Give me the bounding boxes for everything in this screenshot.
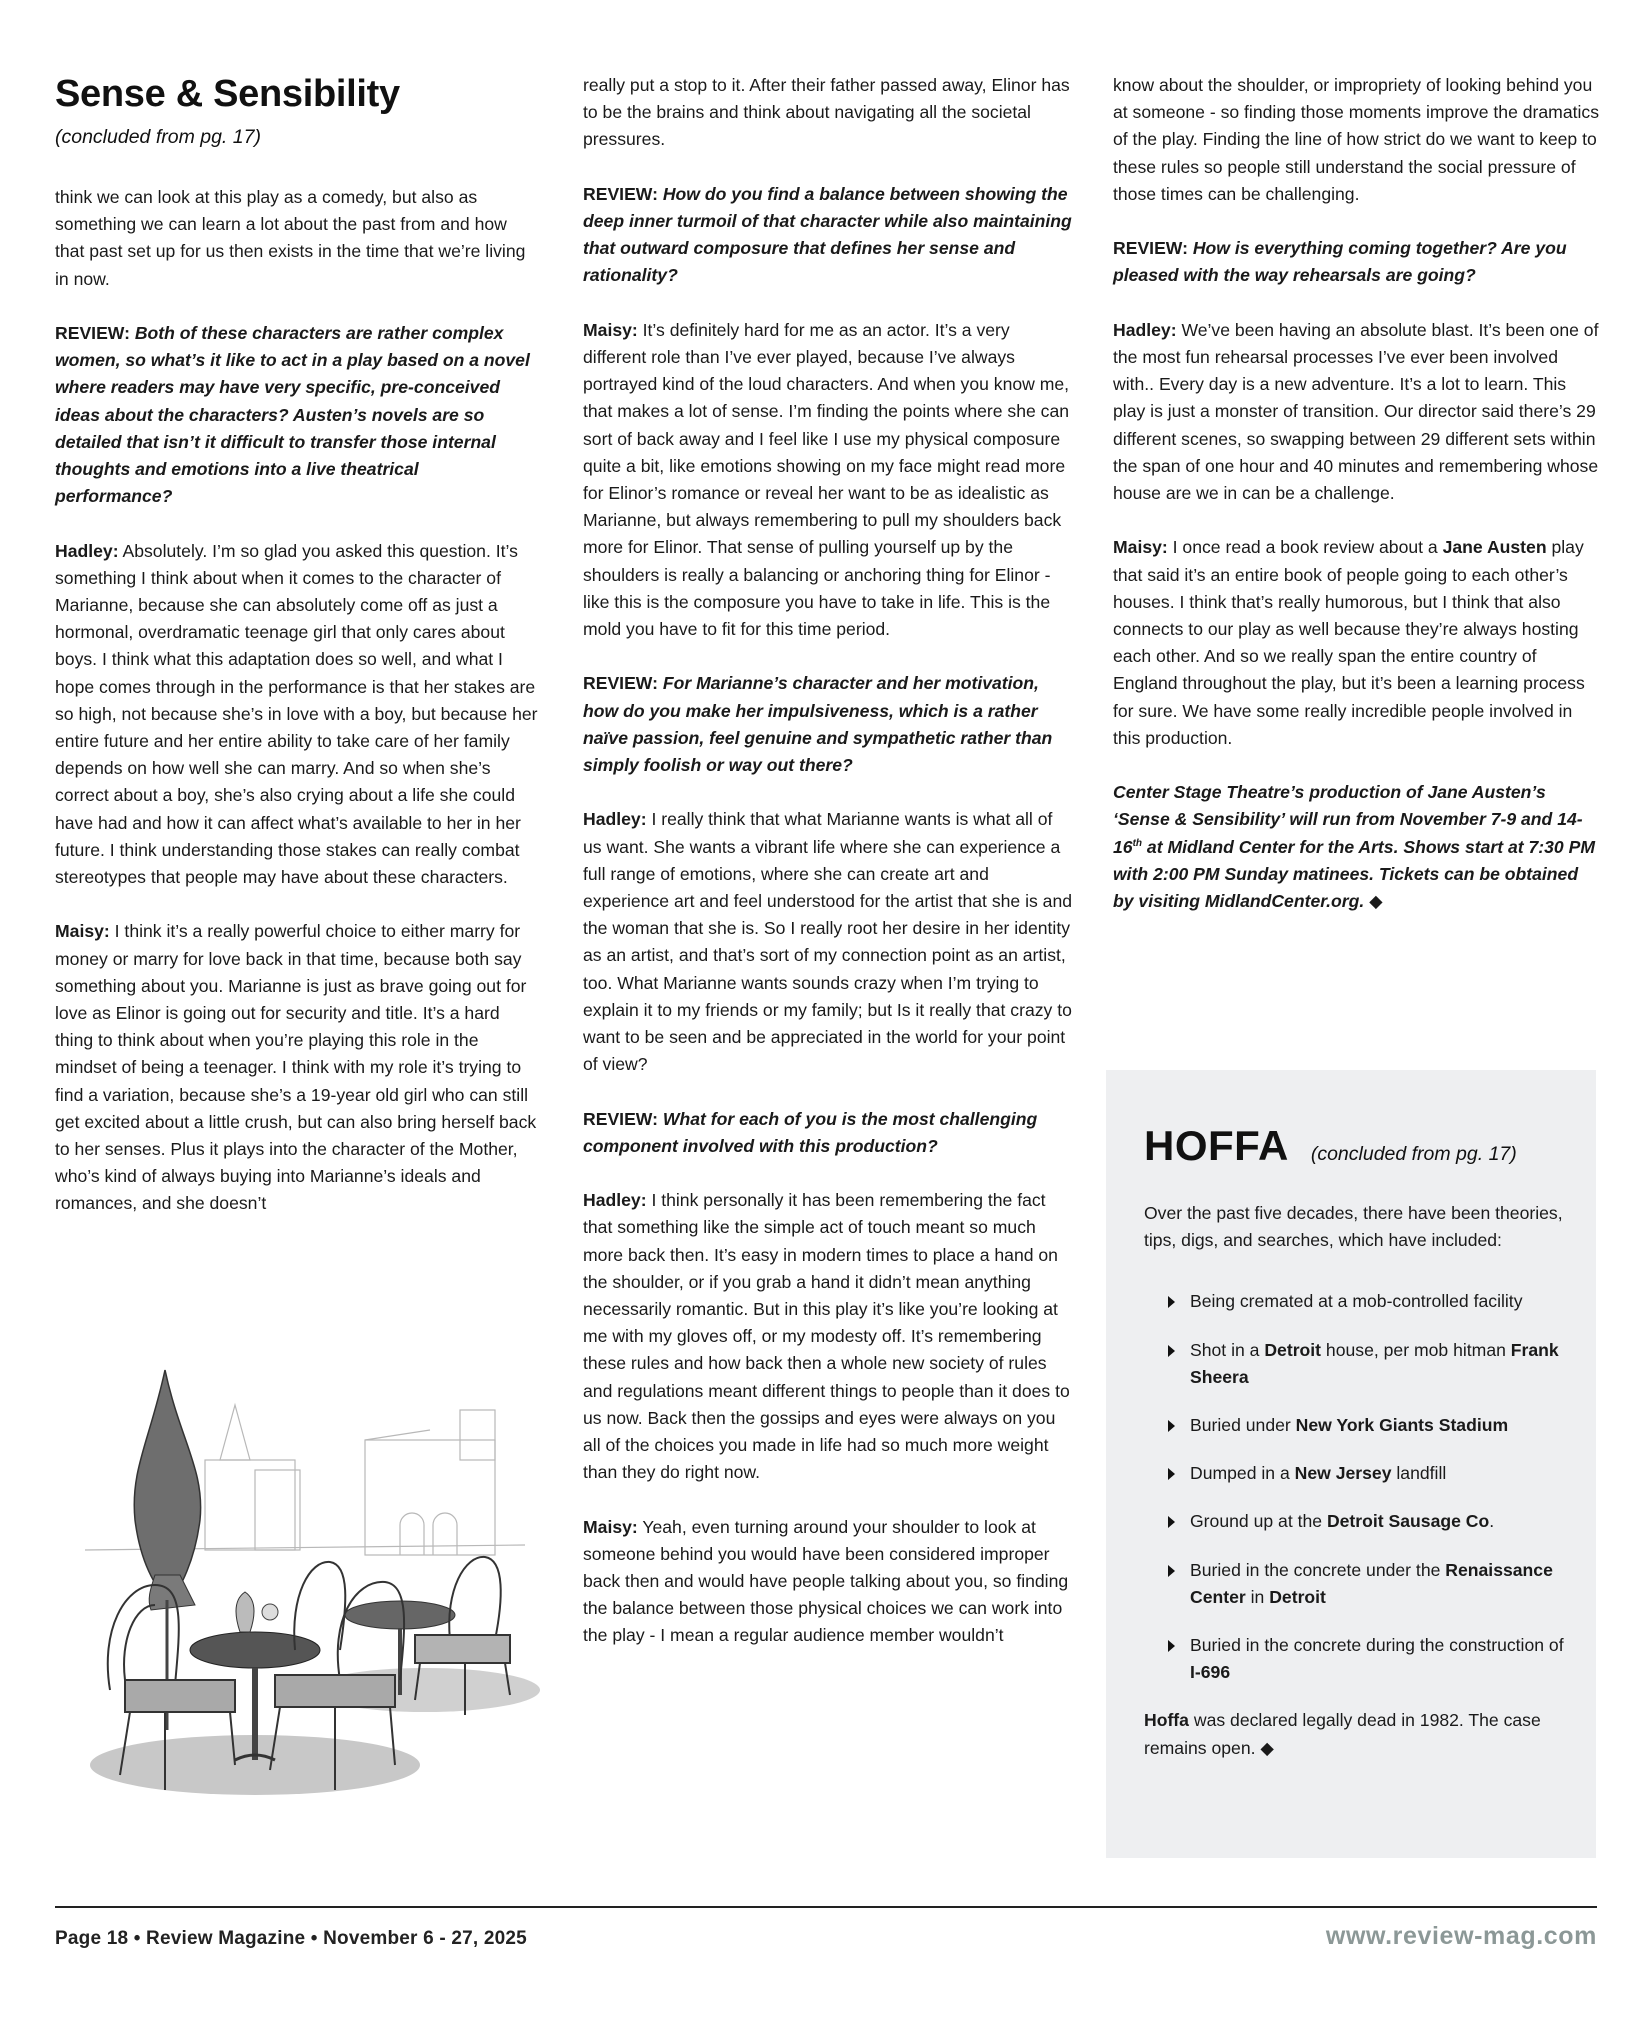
item-bold: I-696 (1190, 1662, 1230, 1682)
list-item: Buried under New York Giants Stadium (1168, 1412, 1564, 1439)
speaker-label: Hadley: (1113, 320, 1177, 340)
item-bold: Detroit (1269, 1587, 1326, 1607)
hoffa-sidebar: HOFFA (concluded from pg. 17) Over the p… (1106, 1070, 1596, 1858)
review-label: REVIEW: (583, 673, 658, 693)
review-question: REVIEW: How do you find a balance betwee… (583, 181, 1073, 290)
question-text: Both of these characters are rather comp… (55, 323, 530, 506)
item-text: landfill (1392, 1463, 1447, 1483)
answer-text: I once read a book review about a (1173, 537, 1438, 557)
answer-text: I really think that what Marianne wants … (583, 809, 1072, 1074)
answer-hadley: Hadley: Absolutely. I’m so glad you aske… (55, 538, 540, 892)
triangle-bullet-icon (1168, 1640, 1175, 1652)
hoffa-title: HOFFA (1144, 1122, 1289, 1170)
review-question: REVIEW: For Marianne’s character and her… (583, 670, 1073, 779)
hoffa-intro: Over the past five decades, there have b… (1144, 1200, 1564, 1254)
list-item: Ground up at the Detroit Sausage Co. (1168, 1508, 1564, 1535)
speaker-label: Hadley: (55, 541, 119, 561)
item-bold: New York Giants Stadium (1296, 1415, 1508, 1435)
answer-text: I think personally it has been rememberi… (583, 1190, 1070, 1482)
triangle-bullet-icon (1168, 1516, 1175, 1528)
speaker-label: Maisy: (583, 1517, 638, 1537)
answer-maisy: Maisy: I think it’s a really powerful ch… (55, 918, 540, 1217)
review-question: REVIEW: Both of these characters are rat… (55, 320, 540, 510)
paragraph: think we can look at this play as a come… (55, 184, 540, 293)
column-middle: really put a stop to it. After their fat… (583, 72, 1073, 1650)
answer-maisy: Maisy: I once read a book review about a… (1113, 534, 1603, 752)
review-question: REVIEW: What for each of you is the most… (583, 1106, 1073, 1160)
triangle-bullet-icon (1168, 1296, 1175, 1308)
list-item: Being cremated at a mob-controlled facil… (1168, 1288, 1564, 1315)
speaker-label: Maisy: (583, 320, 638, 340)
hoffa-body: Over the past five decades, there have b… (1144, 1200, 1564, 1762)
paragraph: really put a stop to it. After their fat… (583, 72, 1073, 154)
closing-text: was declared legally dead in 1982. The c… (1144, 1710, 1541, 1757)
item-text: Buried in the concrete under the (1190, 1560, 1445, 1580)
speaker-label: Hadley: (583, 809, 647, 829)
answer-hadley: Hadley: We’ve been having an absolute bl… (1113, 317, 1603, 507)
triangle-bullet-icon (1168, 1420, 1175, 1432)
answer-maisy: Maisy: Yeah, even turning around your sh… (583, 1514, 1073, 1650)
speaker-label: Maisy: (55, 921, 110, 941)
answer-text: It’s definitely hard for me as an actor.… (583, 320, 1069, 639)
item-bold: Detroit Sausage Co (1327, 1511, 1489, 1531)
answer-text: play that said it’s an entire book of pe… (1113, 537, 1585, 747)
item-text: Being cremated at a mob-controlled facil… (1190, 1291, 1523, 1311)
paragraph-text: really put a stop to it. After their fat… (583, 75, 1070, 149)
list-item: Shot in a Detroit house, per mob hitman … (1168, 1337, 1564, 1391)
end-diamond-icon: ◆ (1260, 1738, 1274, 1758)
theories-list: Being cremated at a mob-controlled facil… (1144, 1288, 1564, 1686)
speaker-label: Maisy: (1113, 537, 1168, 557)
review-question: REVIEW: How is everything coming togethe… (1113, 235, 1603, 289)
answer-text: Absolutely. I’m so glad you asked this q… (55, 541, 538, 887)
item-text: Ground up at the (1190, 1511, 1327, 1531)
hoffa-closing: Hoffa was declared legally dead in 1982.… (1144, 1707, 1564, 1761)
item-bold: Detroit (1264, 1340, 1321, 1360)
item-text: in (1246, 1587, 1269, 1607)
bold-name: Jane Austen (1443, 537, 1547, 557)
article-title: Sense & Sensibility (55, 72, 400, 116)
list-item: Dumped in a New Jersey landfill (1168, 1460, 1564, 1487)
hoffa-subtitle: (concluded from pg. 17) (1311, 1143, 1517, 1166)
ordinal-suffix: th (1133, 838, 1142, 849)
review-label: REVIEW: (583, 184, 658, 204)
footer-page-info: Page 18 • Review Magazine • November 6 -… (55, 1928, 527, 1950)
item-text: Shot in a (1190, 1340, 1264, 1360)
column-right: know about the shoulder, or impropriety … (1113, 72, 1603, 915)
production-info-text: at Midland Center for the Arts. Shows st… (1113, 837, 1595, 911)
review-label: REVIEW: (55, 323, 130, 343)
column-left: think we can look at this play as a come… (55, 184, 540, 1218)
review-label: REVIEW: (1113, 238, 1188, 258)
footer-website-link[interactable]: www.review-mag.com (1326, 1922, 1597, 1951)
item-text: Buried under (1190, 1415, 1296, 1435)
item-text: Buried in the concrete during the constr… (1190, 1635, 1564, 1655)
review-label: REVIEW: (583, 1109, 658, 1129)
list-item: Buried in the concrete during the constr… (1168, 1632, 1564, 1686)
answer-hadley: Hadley: I really think that what Mariann… (583, 806, 1073, 1078)
answer-text: I think it’s a really powerful choice to… (55, 921, 536, 1213)
item-text: Dumped in a (1190, 1463, 1295, 1483)
paragraph: know about the shoulder, or impropriety … (1113, 72, 1603, 208)
speaker-label: Hadley: (583, 1190, 647, 1210)
triangle-bullet-icon (1168, 1565, 1175, 1577)
article-subtitle: (concluded from pg. 17) (55, 126, 261, 149)
end-diamond-icon: ◆ (1369, 891, 1383, 911)
triangle-bullet-icon (1168, 1468, 1175, 1480)
triangle-bullet-icon (1168, 1345, 1175, 1357)
answer-text: We’ve been having an absolute blast. It’… (1113, 320, 1598, 503)
item-text: . (1489, 1511, 1494, 1531)
hoffa-header: HOFFA (concluded from pg. 17) (1144, 1122, 1517, 1170)
answer-maisy: Maisy: It’s definitely hard for me as an… (583, 317, 1073, 643)
cafe-illustration (55, 1350, 540, 1825)
closing-bold: Hoffa (1144, 1710, 1189, 1730)
cafe-sketch-image (55, 1350, 540, 1825)
item-bold: New Jersey (1295, 1463, 1392, 1483)
item-text: house, per mob hitman (1321, 1340, 1511, 1360)
production-info: Center Stage Theatre’s production of Jan… (1113, 779, 1603, 915)
paragraph-text: know about the shoulder, or impropriety … (1113, 75, 1599, 204)
answer-text: Yeah, even turning around your shoulder … (583, 1517, 1068, 1646)
answer-hadley: Hadley: I think personally it has been r… (583, 1187, 1073, 1486)
list-item: Buried in the concrete under the Renaiss… (1168, 1557, 1564, 1611)
footer-divider (55, 1906, 1597, 1908)
paragraph-text: think we can look at this play as a come… (55, 187, 525, 289)
